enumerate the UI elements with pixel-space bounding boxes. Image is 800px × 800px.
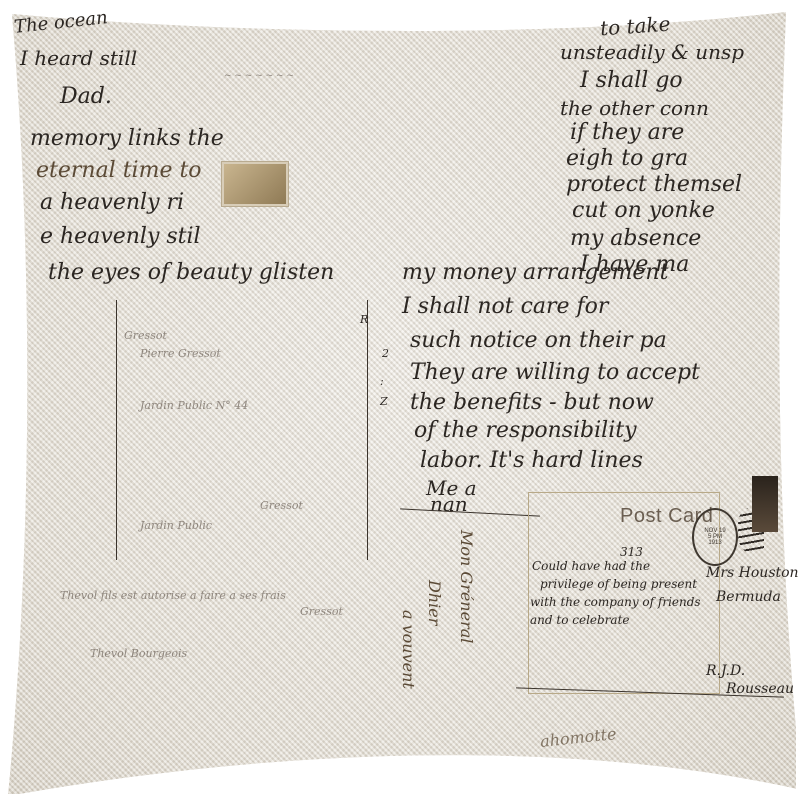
bottom-letter-line: Thevol fils est autorise a faire a ses f… xyxy=(60,590,286,601)
margin-mark: : xyxy=(380,376,384,387)
script-line: I heard still xyxy=(20,48,137,68)
postcard-line: with the company of friends xyxy=(530,596,701,608)
vertical-note: Dhier xyxy=(426,580,442,625)
script-line: Dad. xyxy=(60,86,112,108)
vertical-note: a vouvent xyxy=(400,610,416,689)
script-line: a heavenly ri xyxy=(40,192,184,214)
ledger-line: Gressot xyxy=(260,500,303,511)
faint-note: ~ ~ ~ ~ ~ ~ ~ xyxy=(224,72,294,81)
ledger-line: Jardin Public xyxy=(140,520,212,531)
script-line: memory links the xyxy=(30,128,224,150)
address-line: Rousseau xyxy=(726,682,794,696)
ledger-line: Jardin Public N° 44 xyxy=(140,400,248,411)
margin-mark: 2 xyxy=(382,348,389,359)
postcard-line: and to celebrate xyxy=(530,614,630,626)
margin-mark: Z xyxy=(380,396,388,407)
ledger-line: Pierre Gressot xyxy=(140,348,221,359)
bottom-letter-line: Gressot xyxy=(300,606,343,617)
ledger-line: Gressot xyxy=(124,330,167,341)
script-line: the eyes of beauty glisten xyxy=(48,262,334,284)
postcard-number: 313 xyxy=(620,546,643,558)
postmark-icon: NOV 19 5 PM 1913 xyxy=(692,508,738,566)
address-line: Mrs Houston xyxy=(706,566,799,580)
script-line: eigh to gra xyxy=(566,148,688,170)
script-line: if they are xyxy=(570,122,684,144)
postcard-signature: R.J.D. xyxy=(706,664,745,678)
script-line: to take xyxy=(599,14,671,39)
script-line: of the responsibility xyxy=(414,420,637,442)
postcard-line: Could have had the xyxy=(532,560,650,572)
script-line: I shall not care for xyxy=(402,296,608,318)
postage-stamp xyxy=(222,162,288,206)
vertical-note: Mon Gréneral xyxy=(458,530,474,643)
script-line: my money arrangement xyxy=(402,262,668,284)
script-line: protect themsel xyxy=(566,174,742,196)
script-line: cut on yonke xyxy=(572,200,715,222)
script-line: unsteadily & unsp xyxy=(560,42,744,62)
script-line: my absence xyxy=(570,228,701,250)
script-line: labor. It's hard lines xyxy=(420,450,643,472)
address-line: Bermuda xyxy=(716,590,781,604)
script-line: the other conn xyxy=(560,98,709,118)
bottom-letter-line: Thevol Bourgeois xyxy=(90,648,187,659)
script-line: I shall go xyxy=(580,70,683,92)
postmark-year: 1913 xyxy=(708,540,721,546)
pillow-photo: The ocean I heard still Dad. memory link… xyxy=(0,0,800,800)
script-line: e heavenly stil xyxy=(40,226,201,248)
script-line: such notice on their pa xyxy=(410,330,667,352)
margin-mark: R xyxy=(360,314,368,325)
dark-stamp xyxy=(752,476,778,532)
script-line: eternal time to xyxy=(36,160,202,182)
script-line: the benefits - but now xyxy=(410,392,654,414)
script-line: They are willing to accept xyxy=(410,362,700,384)
postcard-line: privilege of being present xyxy=(540,578,697,590)
